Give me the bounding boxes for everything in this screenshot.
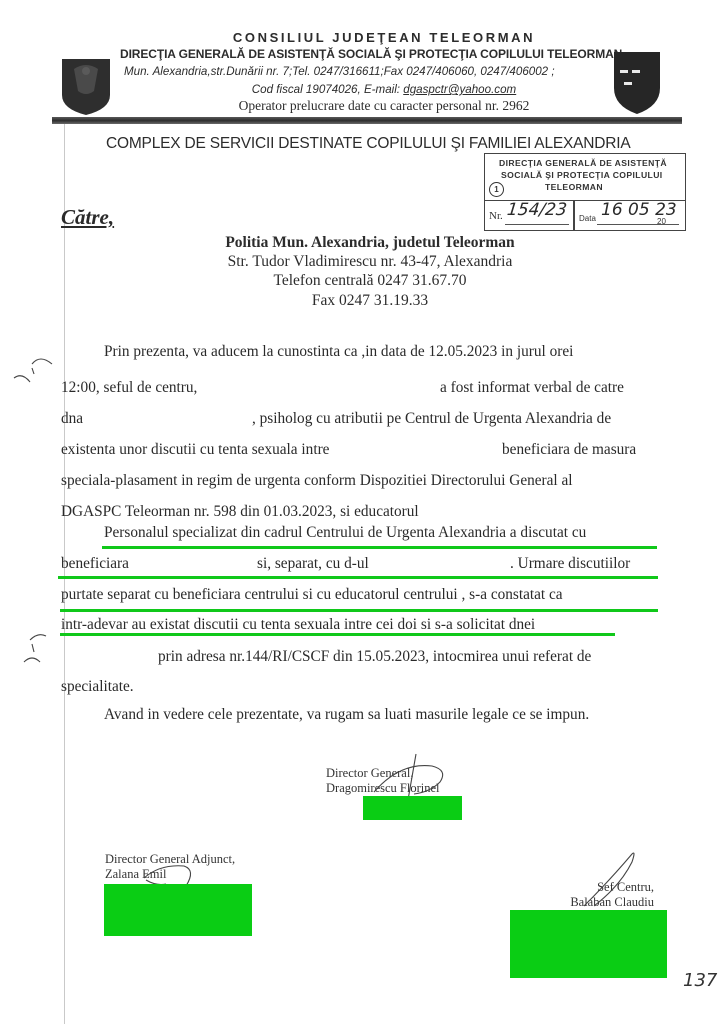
recipient-name: Politia Mun. Alexandria, judetul Teleorm… <box>0 234 718 252</box>
stamp-line-2: SOCIALĂ ŞI PROTECŢIA COPILULUI <box>501 170 663 180</box>
romania-coat-of-arms-icon <box>60 57 112 117</box>
email-link[interactable]: dgaspctr@yahoo.com <box>403 83 516 96</box>
body-p1-line-1: Prin prezenta, va aducem la cunostinta c… <box>104 343 573 361</box>
body-p1-line-2b: a fost informat verbal de catre <box>440 379 624 397</box>
redaction-block <box>104 884 252 936</box>
highlight-underline <box>102 546 657 549</box>
body-p1-line-4a: existenta unor discutii cu tenta sexuala… <box>61 441 329 459</box>
recipient-fax: Fax 0247 31.19.33 <box>0 292 718 310</box>
signature-scribble-icon <box>370 752 450 802</box>
highlight-underline <box>60 633 615 636</box>
letterhead-divider <box>52 117 682 124</box>
body-p3: Avand in vedere cele prezentate, va ruga… <box>104 706 589 724</box>
council-name: CONSILIUL JUDEŢEAN TELEORMAN <box>0 30 718 45</box>
body-p1-line-4b: beneficiara de masura <box>502 441 636 459</box>
redaction-block <box>510 910 667 978</box>
salutation: Către, <box>61 205 114 230</box>
highlight-underline <box>60 609 658 612</box>
body-p2-line-3: purtate separat cu beneficiara centrului… <box>61 586 563 604</box>
body-p2-line-5: prin adresa nr.144/RI/CSCF din 15.05.202… <box>158 648 591 666</box>
body-p1-line-5: speciala-plasament in regim de urgenta c… <box>61 472 573 490</box>
stamp-year-prefix: 20 <box>657 217 666 226</box>
body-p1-line-3b: , psiholog cu atributii pe Centrul de Ur… <box>252 410 611 428</box>
body-p2-line-4: intr-adevar au existat discutii cu tenta… <box>61 616 535 634</box>
margin-scribble-icon <box>14 630 54 690</box>
registration-stamp: DIRECŢIA GENERALĂ DE ASISTENŢĂ SOCIALĂ Ş… <box>484 153 686 231</box>
body-p1-line-3a: dna <box>61 410 83 428</box>
directorate-name: DIRECŢIA GENERALĂ DE ASISTENŢĂ SOCIALĂ Ş… <box>120 47 622 61</box>
body-p1-line-2a: 12:00, seful de centru, <box>61 379 197 397</box>
recipient-phone: Telefon centrală 0247 31.67.70 <box>0 272 718 290</box>
stamp-date-label: Data <box>579 214 596 223</box>
fiscal-code-text: Cod fiscal 19074026, E-mail: <box>252 83 403 96</box>
body-p2-line-1: Personalul specializat din cadrul Centru… <box>104 524 586 542</box>
body-p1-line-6: DGASPC Teleorman nr. 598 din 01.03.2023,… <box>61 503 419 521</box>
recipient-street: Str. Tudor Vladimirescu nr. 43-47, Alexa… <box>0 253 718 271</box>
stamp-date-underline <box>597 224 679 225</box>
body-p2-line-2b: si, separat, cu d-ul <box>257 555 369 573</box>
teleorman-coat-of-arms-icon <box>612 50 662 116</box>
signature-scribble-icon <box>580 850 640 910</box>
body-p2-line-6: specialitate. <box>61 678 134 696</box>
stamp-nr-value: 154/23 <box>506 200 568 220</box>
stamp-nr-label: Nr. <box>489 210 503 222</box>
body-p2-line-2a: beneficiara <box>61 555 129 573</box>
stamp-line-3: TELEORMAN <box>545 182 603 192</box>
stamp-line-1: DIRECŢIA GENERALĂ DE ASISTENŢĂ <box>499 158 667 168</box>
highlight-underline <box>58 576 658 579</box>
stamp-circle-number: 1 <box>489 182 504 197</box>
complex-title: COMPLEX DE SERVICII DESTINATE COPILULUI … <box>106 135 631 153</box>
margin-scribble-icon <box>8 350 58 390</box>
stamp-nr-underline <box>505 224 569 225</box>
redaction-block <box>363 796 462 820</box>
letterhead-address: Mun. Alexandria,str.Dunării nr. 7;Tel. 0… <box>124 65 555 78</box>
page-annotation: 137 <box>683 970 717 991</box>
stamp-header: DIRECŢIA GENERALĂ DE ASISTENŢĂ SOCIALĂ Ş… <box>485 154 685 201</box>
stamp-divider <box>573 200 575 231</box>
body-p2-line-2c: . Urmare discutiilor <box>510 555 630 573</box>
